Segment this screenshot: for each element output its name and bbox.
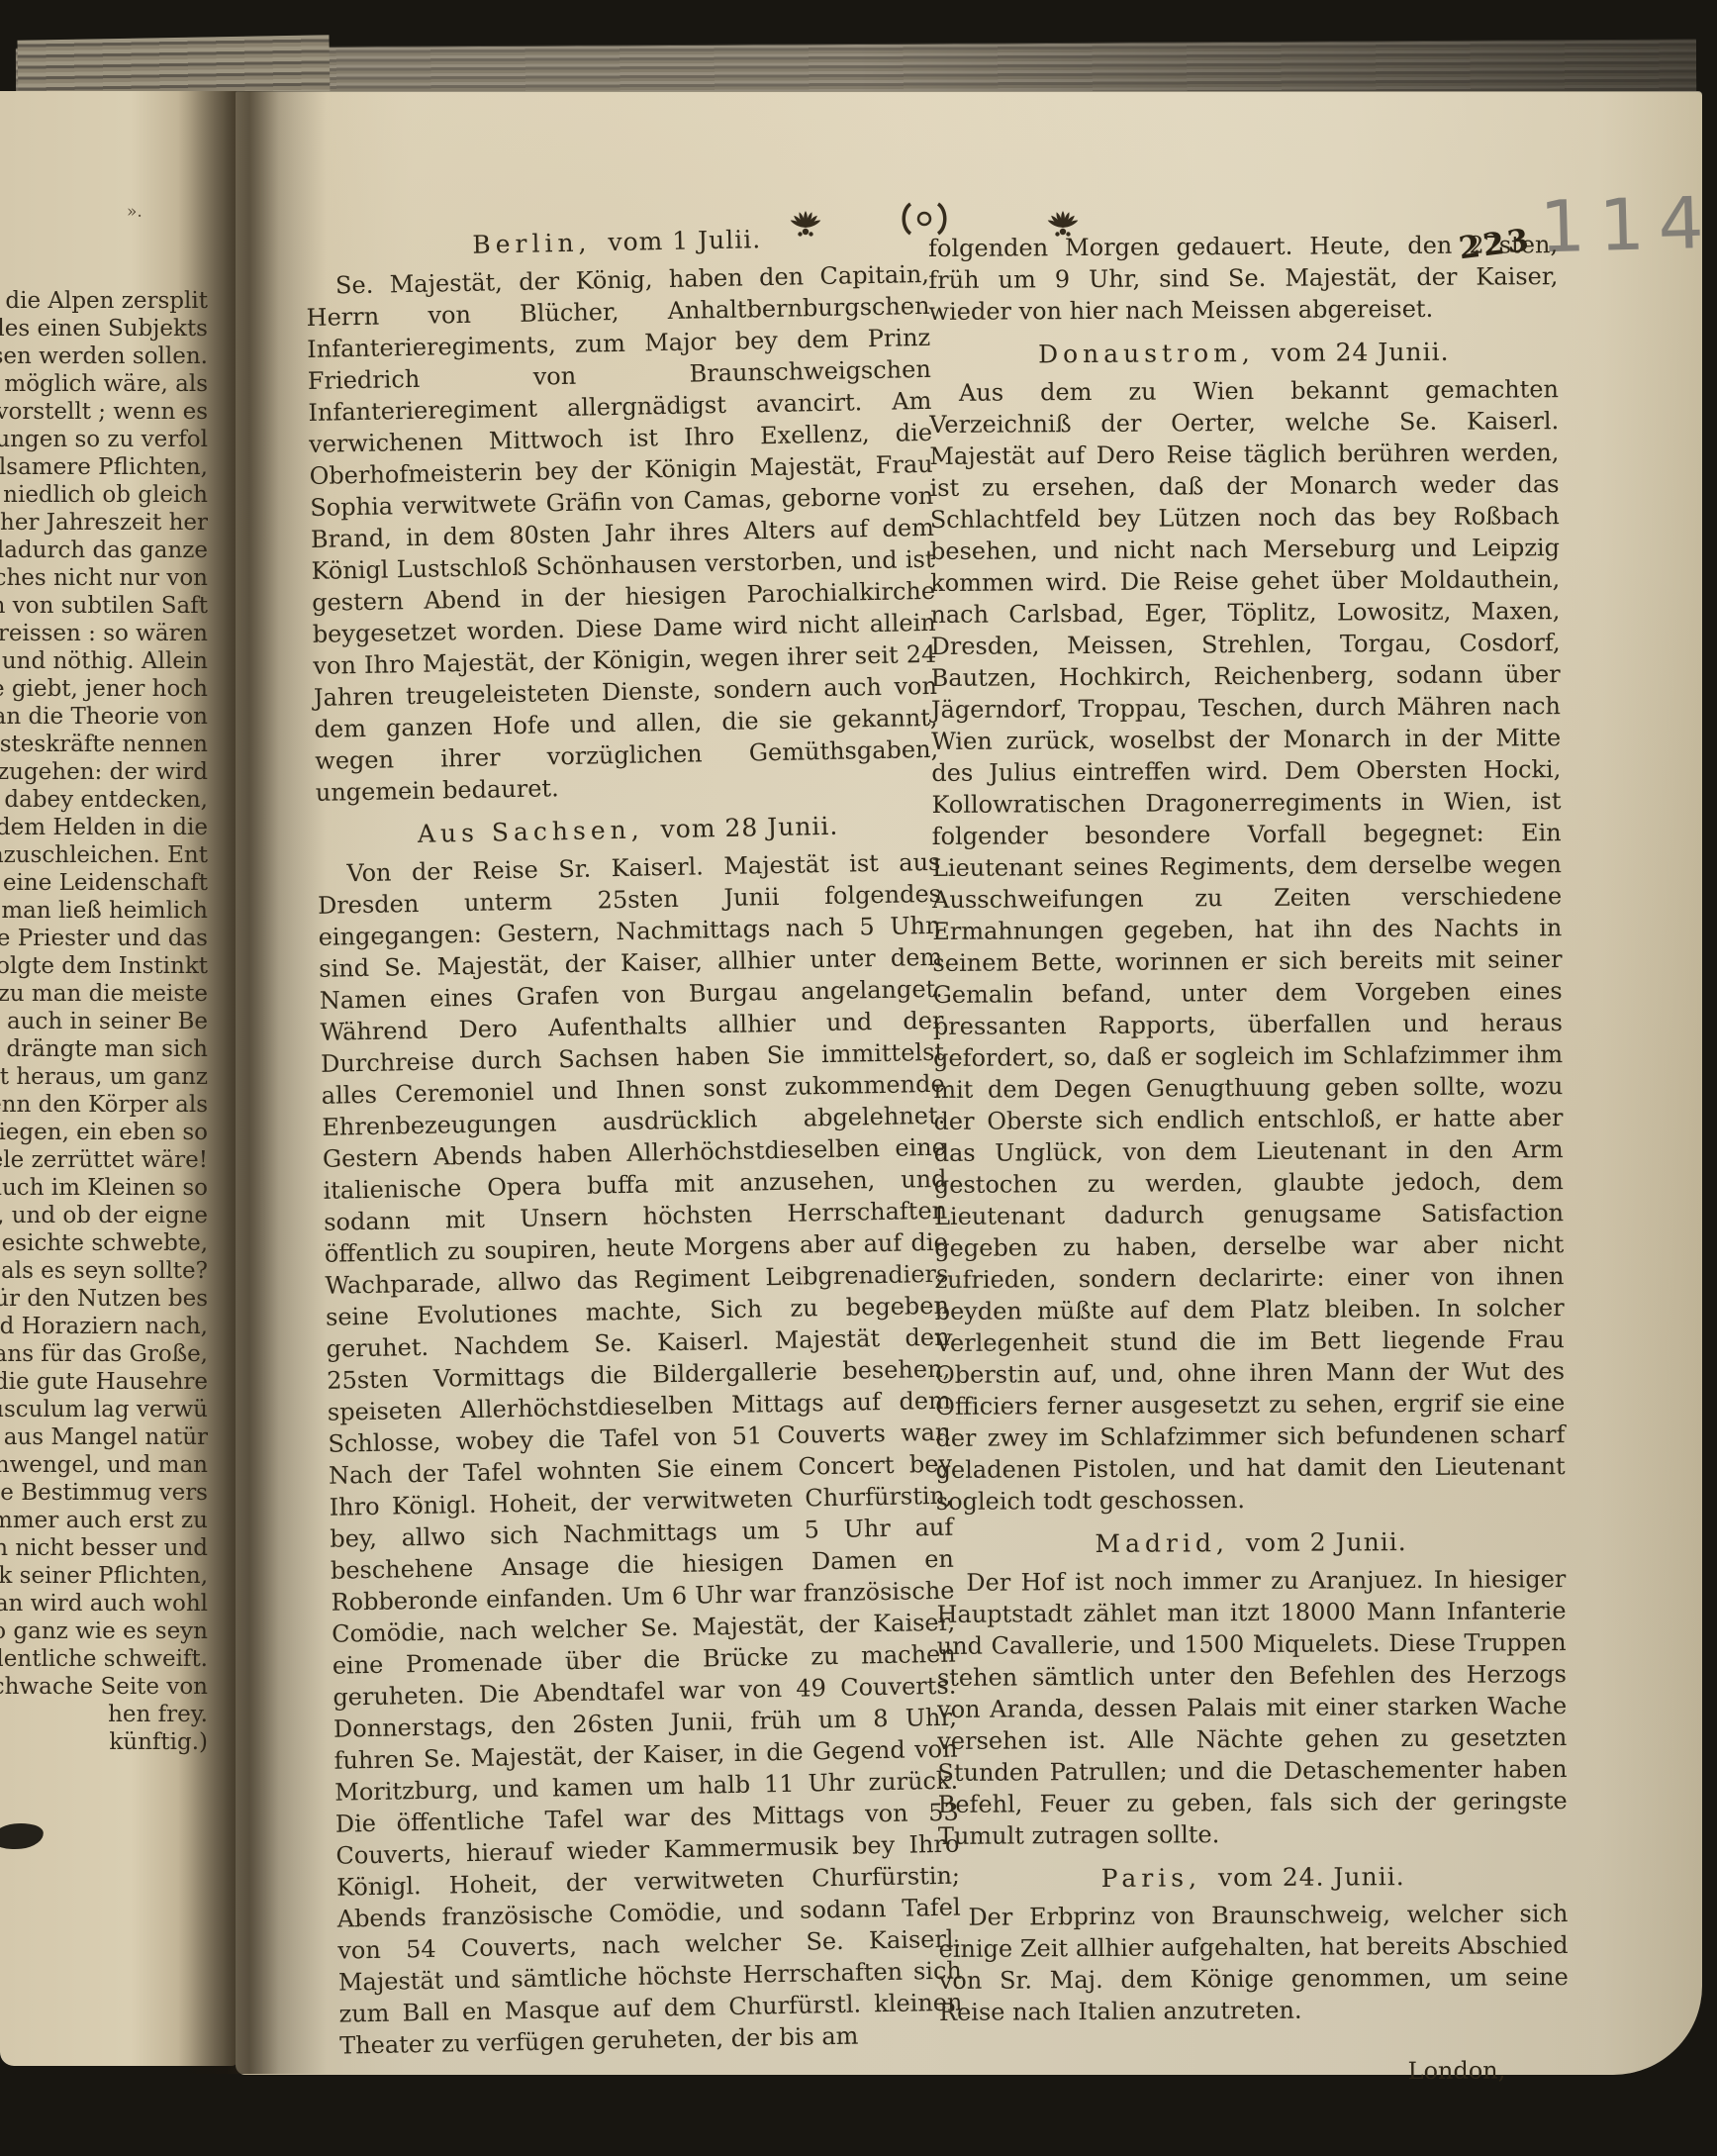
- paragraph-madrid: Der Hof ist noch immer zu Aranjuez. In h…: [936, 1563, 1568, 1852]
- fragment-line: he giebt, jener hoch: [0, 675, 208, 703]
- stamp-number: 114: [1539, 181, 1717, 269]
- fragment-line: lans für das Große,: [0, 1340, 208, 1368]
- fragment-line: n Gesichte schwebte,: [0, 1229, 208, 1257]
- fragment-line: auch im Kleinen so: [0, 1174, 208, 1202]
- fragment-line: en, die Alpen zersplit: [0, 287, 208, 315]
- fragment-line: an wird auch wohl: [0, 1590, 208, 1617]
- fragment-line: hen frey.: [0, 1701, 208, 1728]
- fragment-line: ozu man die meiste: [0, 980, 208, 1008]
- heading-donaustrom-date: vom 24 Junii.: [1272, 338, 1450, 367]
- fragment-line: denn den Körper als: [0, 1091, 208, 1119]
- fragment-line: aus Mangel natür: [0, 1423, 208, 1451]
- fragment-line: künftig.): [0, 1728, 208, 1756]
- heading-madrid-date: vom 2 Junii.: [1246, 1527, 1407, 1557]
- fragment-line: sich nicht besser und: [0, 1534, 208, 1562]
- fragment-line: ern dabey entdecken,: [0, 786, 208, 814]
- fragment-line: hste Bestimmug vers: [0, 1479, 208, 1507]
- heading-paris-date: vom 24. Junii.: [1218, 1862, 1405, 1892]
- paragraph-berlin: Se. Majestät, der König, haben den Capit…: [306, 258, 939, 809]
- heading-madrid-place: Madrid,: [1095, 1528, 1229, 1558]
- fragment-line: eele zerrüttet wäre!: [0, 1146, 208, 1174]
- fragment-line: auch in seiner Be: [0, 1008, 208, 1035]
- fragment-line: h von subtilen Saft: [0, 592, 208, 620]
- fragment-line: man die Theorie von: [0, 703, 208, 731]
- book-scan: ». en, die Alpen zersplit z des einen Su…: [0, 0, 1717, 2156]
- heading-berlin: Berlin, vom 1 Julii.: [305, 221, 928, 264]
- heading-donaustrom: Donaustrom, vom 24 Junii.: [929, 336, 1559, 371]
- heading-madrid: Madrid, vom 2 Junii.: [936, 1525, 1566, 1561]
- heading-sachsen-date: vom 28 Junii.: [660, 812, 838, 843]
- fragment-line: folgte dem Instinkt: [0, 952, 208, 980]
- paragraph-donaustrom: Aus dem zu Wien bekannt gemachten Verzei…: [929, 373, 1566, 1518]
- fragment-line: z des einen Subjekts: [0, 315, 208, 343]
- left-page-fragments: en, die Alpen zersplit z des einen Subje…: [0, 287, 208, 1756]
- margin-mark: ».: [127, 202, 143, 222]
- left-page: ». en, die Alpen zersplit z des einen Su…: [0, 91, 238, 2066]
- heading-sachsen-place: Aus Sachsen,: [418, 816, 644, 848]
- fragment-line: auher Jahreszeit her: [0, 509, 208, 537]
- fragment-line: erordentliche schweift.: [0, 1645, 208, 1673]
- fragment-line: schwache Seite von: [0, 1673, 208, 1701]
- fragment-line: Geisteskräfte nennen: [0, 731, 208, 758]
- fragment-line: ut heraus, um ganz: [0, 1063, 208, 1091]
- fragment-line: als es seyn sollte?: [0, 1257, 208, 1285]
- fragment-line: immer auch erst zu: [0, 1507, 208, 1534]
- fragment-line: liegen, ein eben so: [0, 1119, 208, 1146]
- fragment-line: ch drängte man sich: [0, 1035, 208, 1063]
- heading-donaustrom-place: Donaustrom,: [1038, 339, 1255, 368]
- fragment-line: heilsamere Pflichten,: [0, 453, 208, 481]
- fragment-line: schwengel, und man: [0, 1451, 208, 1479]
- heading-berlin-place: Berlin,: [472, 228, 592, 258]
- fragment-line: und nöthig. Allein: [0, 647, 208, 675]
- paragraph-paris: Der Erbprinz von Braunschweig, welcher s…: [938, 1898, 1569, 2028]
- fragment-line: zugehen: der wird: [0, 758, 208, 786]
- fragment-line: für den Nutzen bes: [0, 1285, 208, 1313]
- fragment-line: und Horaziern nach,: [0, 1313, 208, 1340]
- catchword: London,: [939, 2054, 1569, 2090]
- fragment-line: , und ob der eigne: [0, 1202, 208, 1229]
- paragraph-continuation: folgenden Morgen gedauert. Heute, den 27…: [928, 229, 1559, 328]
- heading-berlin-date: vom 1 Julii.: [608, 225, 761, 256]
- paragraph-sachsen: Von der Reise Sr. Kaiserl. Majestät ist …: [317, 846, 963, 2062]
- column-left: Berlin, vom 1 Julii. Se. Majestät, der K…: [305, 221, 963, 2062]
- fragment-line: e, die gute Hausehre: [0, 1368, 208, 1396]
- main-page: 223 114 Berlin, vom 1 Julii. Se. Majestä…: [236, 91, 1702, 2075]
- fragment-line: ur eine Leidenschaft: [0, 869, 208, 897]
- heading-sachsen: Aus Sachsen, vom 28 Junii.: [316, 809, 939, 852]
- heading-paris: Paris, vom 24. Junii.: [938, 1860, 1568, 1896]
- fragment-line: welches nicht nur von: [0, 564, 208, 592]
- fragment-line: chzuschleichen. Ent: [0, 841, 208, 869]
- fragment-line: lungen so zu verfol: [0, 426, 208, 453]
- column-right: folgenden Morgen gedauert. Heute, den 27…: [928, 229, 1569, 2090]
- fragment-line: die Priester und das: [0, 925, 208, 952]
- fragment-line: so möglich wäre, als: [0, 370, 208, 398]
- fragment-line: nd man ließ heimlich: [0, 897, 208, 925]
- heading-paris-place: Paris,: [1101, 1863, 1202, 1893]
- fragment-line: so ganz wie es seyn: [0, 1617, 208, 1645]
- fragment-line: iesen werden sollen.: [0, 343, 208, 370]
- fragment-line: t, dem Helden in die: [0, 814, 208, 841]
- fragment-line: usculum lag verwü: [0, 1396, 208, 1423]
- fragment-line: so niedlich ob gleich: [0, 481, 208, 509]
- fragment-line: vorstellt ; wenn es: [0, 398, 208, 426]
- fragment-line: dadurch das ganze: [0, 537, 208, 564]
- fragment-line: zirk seiner Pflichten,: [0, 1562, 208, 1590]
- fragment-line: erreissen : so wären: [0, 620, 208, 647]
